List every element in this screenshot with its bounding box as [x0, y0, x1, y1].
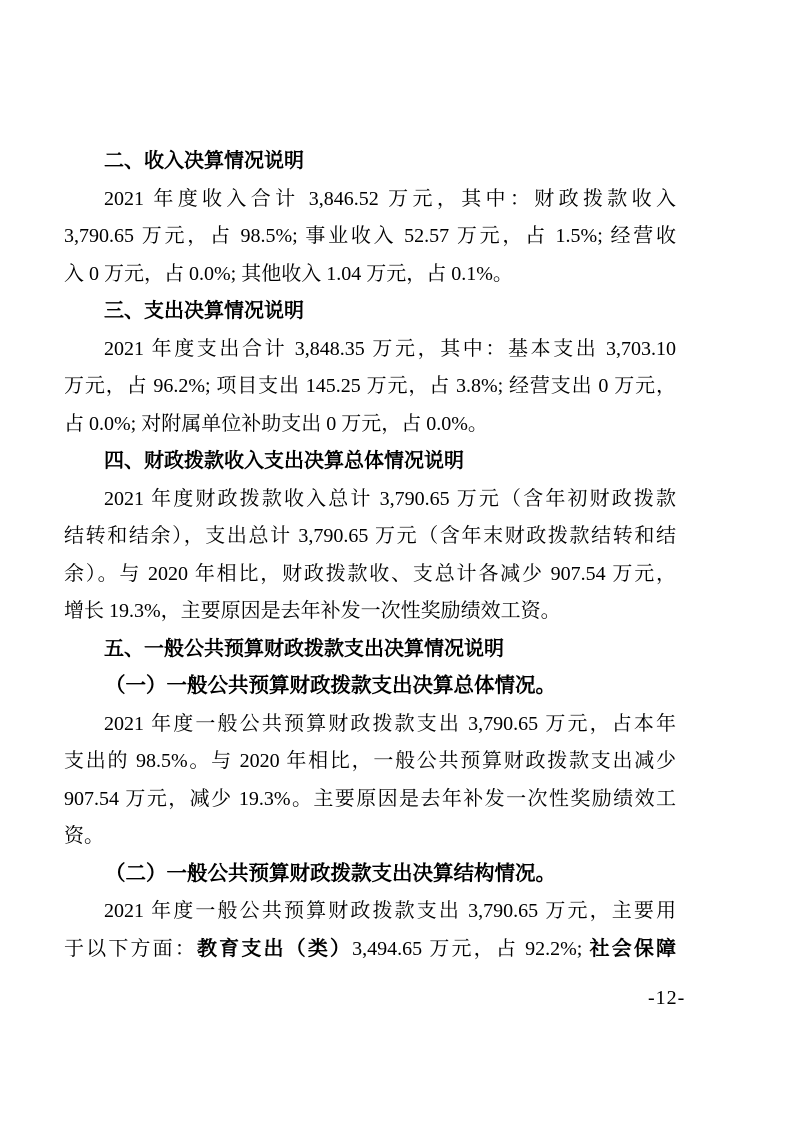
section-heading: 五、一般公共预算财政拨款支出决算情况说明: [64, 631, 676, 669]
text-run: 增长 19.3%，主要原因是去年补发一次性奖励绩效工资。: [64, 600, 561, 622]
text-line: 余）。与 2020 年相比，财政拨款收、支总计各减少 907.54 万元，: [64, 556, 676, 594]
paragraph: 2021 年度支出合计 3,848.35 万元，其中：基本支出 3,703.10…: [64, 331, 676, 444]
text-run: 2021 年度支出合计 3,848.35 万元，其中：基本支出 3,703.10: [104, 338, 676, 360]
text-line: 资。: [64, 818, 676, 856]
text-run: 于以下方面：: [64, 938, 197, 960]
sub-section-heading: （二）一般公共预算财政拨款支出决算结构情况。: [64, 856, 676, 894]
text-run: 3,790.65 万元，占 98.5%; 事业收入 52.57 万元，占 1.5…: [64, 225, 676, 247]
section-heading: 四、财政拨款收入支出决算总体情况说明: [64, 443, 676, 481]
bold-text-run: 社会保障: [590, 938, 677, 960]
text-run: 2021 年度财政拨款收入总计 3,790.65 万元（含年初财政拨款: [104, 488, 676, 510]
text-line: 支出的 98.5%。与 2020 年相比，一般公共预算财政拨款支出减少: [64, 743, 676, 781]
bold-text-run: 教育支出（类）: [197, 938, 352, 960]
text-line: 2021 年度支出合计 3,848.35 万元，其中：基本支出 3,703.10: [64, 331, 676, 369]
paragraph: 2021 年度一般公共预算财政拨款支出 3,790.65 万元，占本年支出的 9…: [64, 706, 676, 856]
text-line: 增长 19.3%，主要原因是去年补发一次性奖励绩效工资。: [64, 593, 676, 631]
text-run: 余）。与 2020 年相比，财政拨款收、支总计各减少 907.54 万元，: [64, 563, 676, 585]
paragraph: 2021 年度一般公共预算财政拨款支出 3,790.65 万元，主要用于以下方面…: [64, 893, 676, 968]
sub-section-heading: （一）一般公共预算财政拨款支出决算总体情况。: [64, 668, 676, 706]
text-line: 3,790.65 万元，占 98.5%; 事业收入 52.57 万元，占 1.5…: [64, 218, 676, 256]
text-line: 结转和结余），支出总计 3,790.65 万元（含年末财政拨款结转和结: [64, 518, 676, 556]
section-heading: 二、收入决算情况说明: [64, 143, 676, 181]
text-line: 907.54 万元，减少 19.3%。主要原因是去年补发一次性奖励绩效工: [64, 781, 676, 819]
text-run: 2021 年度一般公共预算财政拨款支出 3,790.65 万元，主要用: [104, 900, 676, 922]
page-number: -12-: [648, 986, 685, 1010]
text-line: 万元，占 96.2%; 项目支出 145.25 万元，占 3.8%; 经营支出 …: [64, 368, 676, 406]
text-run: 支出的 98.5%。与 2020 年相比，一般公共预算财政拨款支出减少: [64, 750, 676, 772]
section-heading: 三、支出决算情况说明: [64, 293, 676, 331]
text-run: 907.54 万元，减少 19.3%。主要原因是去年补发一次性奖励绩效工: [64, 788, 676, 810]
text-run: 3,494.65 万元，占 92.2%;: [352, 938, 589, 960]
text-run: 资。: [64, 825, 104, 847]
text-line: 于以下方面：教育支出（类）3,494.65 万元，占 92.2%; 社会保障: [64, 931, 676, 969]
text-line: 入 0 万元，占 0.0%; 其他收入 1.04 万元，占 0.1%。: [64, 256, 676, 294]
text-run: 2021 年度一般公共预算财政拨款支出 3,790.65 万元，占本年: [104, 713, 676, 735]
text-run: 占 0.0%; 对附属单位补助支出 0 万元，占 0.0%。: [64, 413, 488, 435]
document-page: 二、收入决算情况说明2021 年度收入合计 3,846.52 万元，其中：财政拨…: [0, 0, 793, 1122]
text-run: 结转和结余），支出总计 3,790.65 万元（含年末财政拨款结转和结: [64, 525, 676, 547]
text-line: 2021 年度一般公共预算财政拨款支出 3,790.65 万元，主要用: [64, 893, 676, 931]
text-run: 入 0 万元，占 0.0%; 其他收入 1.04 万元，占 0.1%。: [64, 263, 513, 285]
document-content: 二、收入决算情况说明2021 年度收入合计 3,846.52 万元，其中：财政拨…: [64, 143, 676, 968]
paragraph: 2021 年度收入合计 3,846.52 万元，其中：财政拨款收入3,790.6…: [64, 181, 676, 294]
text-run: 2021 年度收入合计 3,846.52 万元，其中：财政拨款收入: [104, 188, 676, 210]
text-line: 2021 年度收入合计 3,846.52 万元，其中：财政拨款收入: [64, 181, 676, 219]
text-line: 2021 年度一般公共预算财政拨款支出 3,790.65 万元，占本年: [64, 706, 676, 744]
text-line: 占 0.0%; 对附属单位补助支出 0 万元，占 0.0%。: [64, 406, 676, 444]
paragraph: 2021 年度财政拨款收入总计 3,790.65 万元（含年初财政拨款结转和结余…: [64, 481, 676, 631]
text-run: 万元，占 96.2%; 项目支出 145.25 万元，占 3.8%; 经营支出 …: [64, 375, 676, 397]
text-line: 2021 年度财政拨款收入总计 3,790.65 万元（含年初财政拨款: [64, 481, 676, 519]
